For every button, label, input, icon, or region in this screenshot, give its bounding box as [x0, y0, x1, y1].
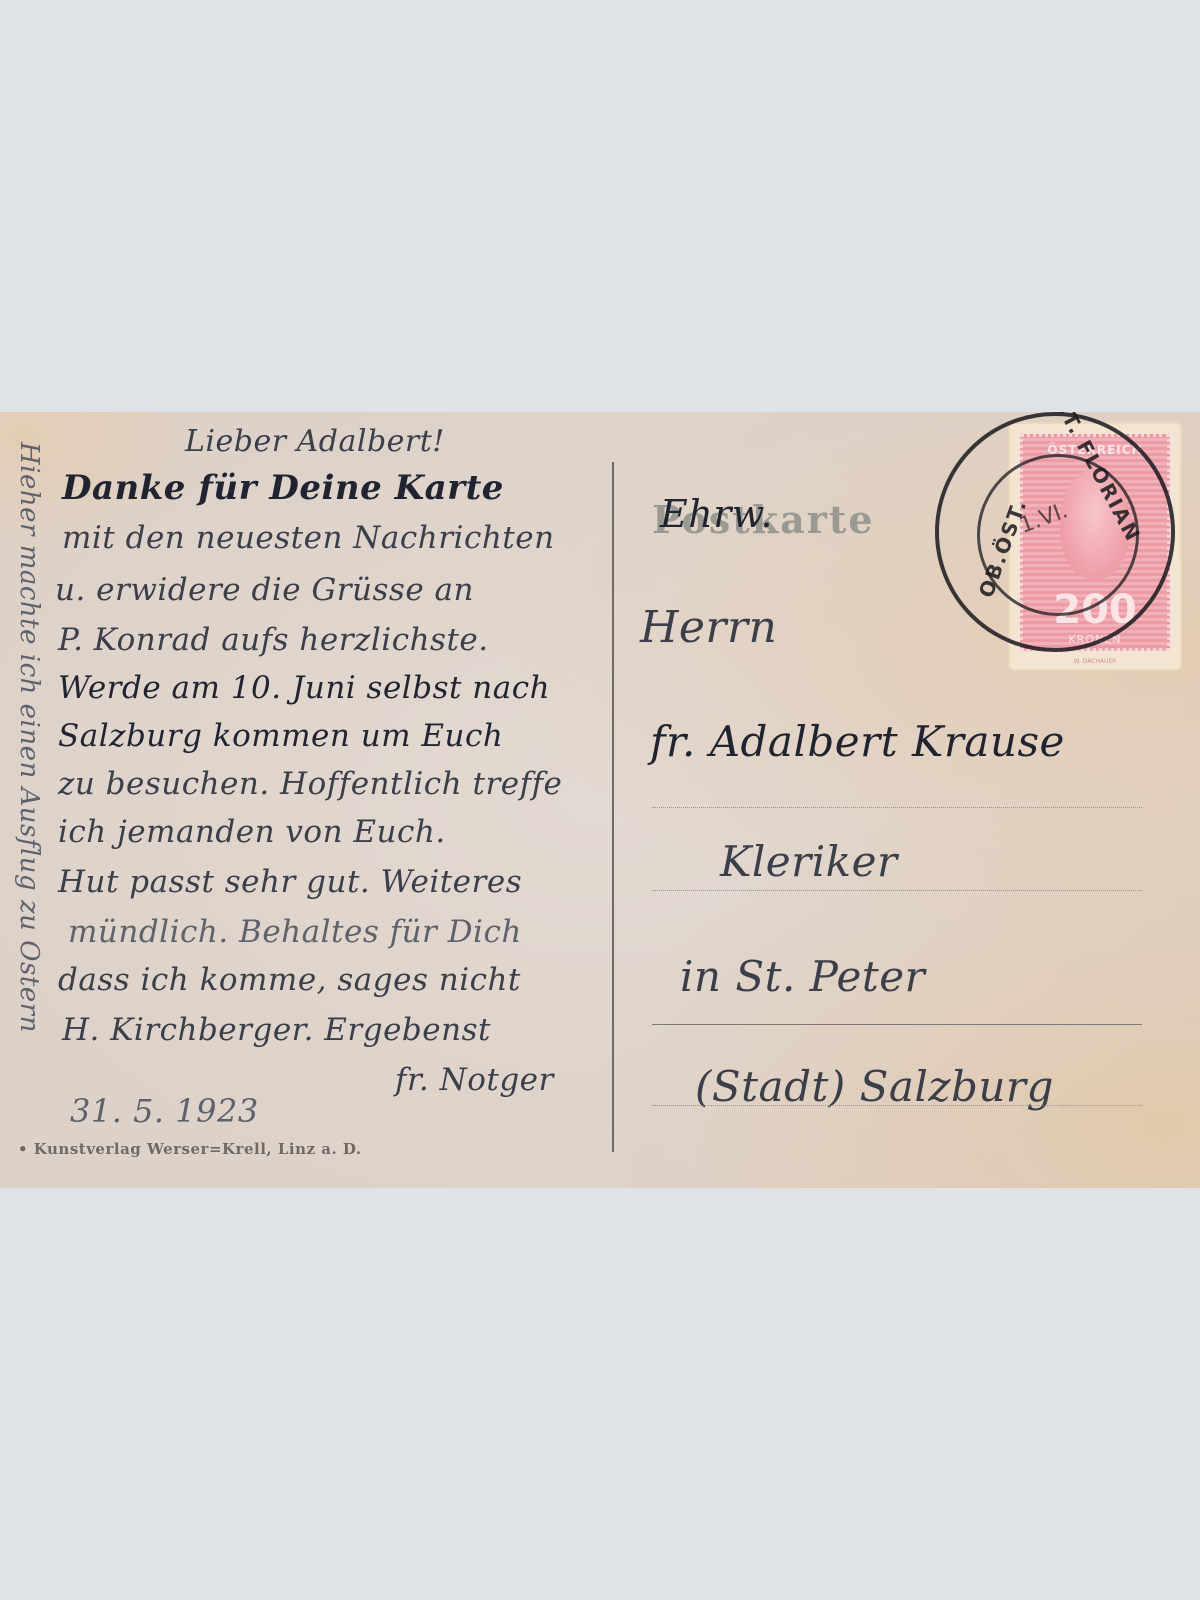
message-line: P. Konrad aufs herzlichste. [58, 622, 489, 658]
address-location: in St. Peter [680, 952, 925, 1001]
center-divider [612, 462, 614, 1152]
address-salutation: Herrn [640, 602, 777, 653]
address-title: Kleriker [720, 837, 898, 886]
postmark: ST. FLORIAN OB.ÖST. 1.VI. [935, 412, 1175, 652]
signature: fr. Notger [395, 1062, 554, 1098]
address-line [652, 807, 1142, 808]
margin-note: Hieher machte ich einen Ausflug zu Oster… [14, 442, 44, 1033]
address-line [652, 1024, 1142, 1025]
message-line: Hut passt sehr gut. Weiteres [58, 864, 522, 900]
message-line: H. Kirchberger. Ergebenst [62, 1012, 491, 1048]
message-line: mit den neuesten Nachrichten [62, 520, 555, 556]
address-line [652, 890, 1142, 891]
address-city: (Stadt) Salzburg [695, 1062, 1054, 1111]
message-line: Werde am 10. Juni selbst nach [58, 670, 550, 706]
message-salutation: Lieber Adalbert! [185, 424, 445, 459]
address-honorific: Ehrw. [660, 492, 773, 536]
message-line: zu besuchen. Hoffentlich treffe [58, 766, 562, 802]
message-line: Salzburg kommen um Euch [58, 718, 503, 754]
postcard: Hieher machte ich einen Ausflug zu Oster… [0, 412, 1200, 1188]
message-line: u. erwidere die Grüsse an [55, 572, 474, 608]
message-line: ich jemanden von Euch. [58, 814, 446, 850]
address-line [652, 1105, 1142, 1106]
address-name: fr. Adalbert Krause [650, 717, 1065, 766]
message-line: Danke für Deine Karte [62, 468, 504, 508]
publisher-imprint: • Kunstverlag Werser=Krell, Linz a. D. [18, 1140, 362, 1158]
message-line: dass ich komme, sages nicht [58, 962, 521, 998]
stamp-designer: W. DACHAUER [1010, 658, 1180, 665]
message-line: mündlich. Behaltes für Dich [68, 914, 522, 950]
message-date: 31. 5. 1923 [70, 1092, 259, 1130]
